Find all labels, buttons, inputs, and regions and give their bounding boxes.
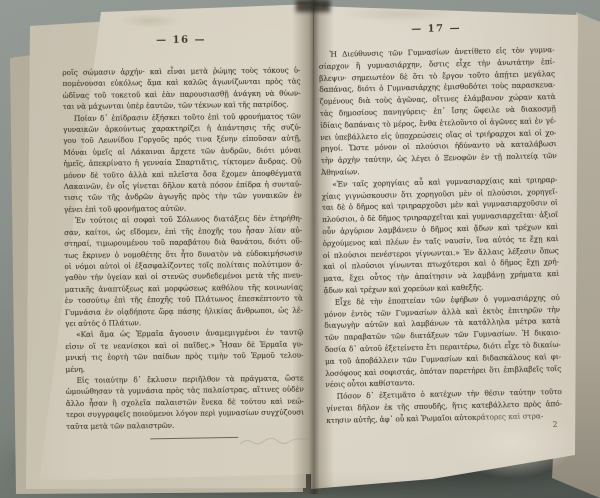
right-page-text: — 17 — Ἡ Διεύθυνσις τῶν Γυμνασίων ἀνετίθ…	[318, 21, 562, 426]
paper-stain	[120, 14, 180, 28]
gutter-shadow-top	[296, 0, 330, 12]
paragraph: Ἡ Διεύθυνσις τῶν Γυμνασίων ἀνετίθετο εἰς…	[318, 44, 557, 179]
page-number-left: — 16 —	[62, 34, 300, 47]
paragraph: «Καὶ ἅμα ὡς Ἑρμαῖα ἄγουσιν ἀναμεμιγμένοι…	[65, 327, 303, 375]
paragraph: Εἶχε δὲ τὴν ἐποπτείαν τῶν ἐφήβων ὁ γυμνα…	[324, 292, 562, 391]
paragraph: Ποίαν δ᾽ ἐπίδρασιν ἐξήσκει τοῦτο ἐπὶ τοῦ…	[63, 110, 302, 215]
right-page-body: Ἡ Διεύθυνσις τῶν Γυμνασίων ἀνετίθετο εἰς…	[318, 44, 562, 426]
paragraph: «Ἐν ταῖς χορηγίαις αὖ καὶ γυμνασιαρχίαις…	[321, 174, 559, 297]
pencil-marking	[238, 431, 308, 452]
photo-of-open-book: — 16 — ροῖς σώμασιν ἀρχήν· καὶ εἶναι μετ…	[0, 0, 600, 498]
paragraph: Ἐν τούτοις αἱ σοφαὶ τοῦ Σόλωνος διατάξει…	[64, 213, 303, 330]
paragraph: ροῖς σώμασιν ἀρχήν· καὶ εἶναι μετὰ ῥώμης…	[62, 65, 300, 113]
text-line: ταῦτα μετὰ τῶν παλαιστρῶν.	[66, 418, 304, 432]
page-glare	[424, 392, 600, 492]
left-page-text: — 16 — ροῖς σώμασιν ἀρχήν· καὶ εἶναι μετ…	[62, 34, 304, 440]
paper-stain	[340, 6, 460, 22]
left-page-body: ροῖς σώμασιν ἀρχήν· καὶ εἶναι μετὰ ῥώμης…	[62, 65, 304, 432]
paragraph: Εἰς τοιαύτην δ᾽ ἔκλυσιν περιῆλθον τὰ πρά…	[66, 372, 305, 432]
